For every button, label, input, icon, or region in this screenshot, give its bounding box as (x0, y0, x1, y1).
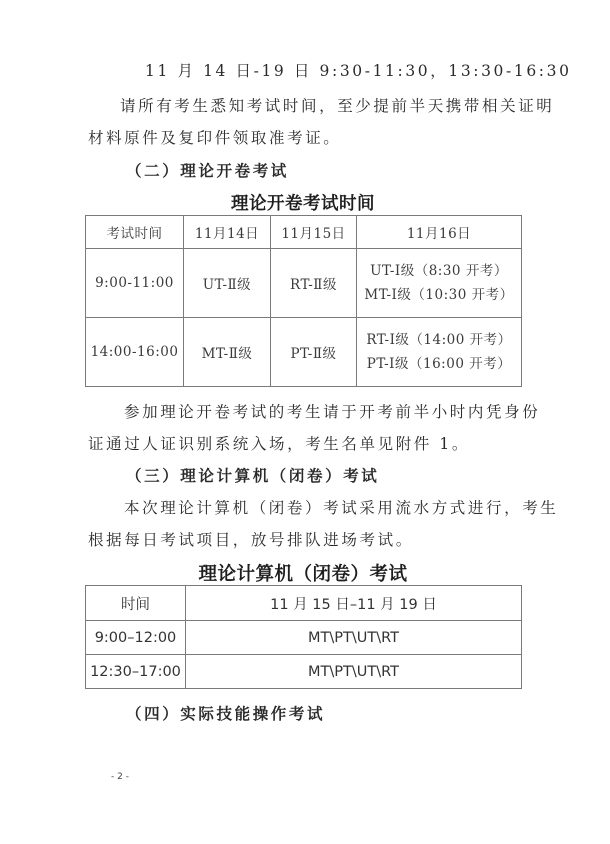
paragraph-line: 材料原件及复印件领取准考证。 (88, 126, 341, 148)
table-title-open-book: 理论开卷考试时间 (85, 190, 521, 215)
section-heading-4: （四）实际技能操作考试 (126, 702, 325, 724)
exam-cell: UT-Ⅱ级 (184, 249, 271, 318)
table-row: 14:00-16:00 MT-Ⅱ级 PT-Ⅱ级 RT-Ⅰ级（14:00 开考） … (86, 318, 522, 387)
paragraph-line: 请所有考生悉知考试时间，至少提前半天携带相关证明 (120, 94, 554, 116)
paragraph-line: 证通过人证识别系统入场，考生名单见附件 1。 (88, 432, 470, 454)
header-cell: 11月15日 (271, 216, 357, 249)
table-title-closed-book: 理论计算机（闭卷）考试 (85, 560, 521, 586)
table-row: 12:30–17:00 MT\PT\UT\RT (86, 655, 522, 689)
header-cell: 11月14日 (184, 216, 271, 249)
exam-entry: UT-Ⅰ级（8:30 开考） (357, 259, 521, 283)
exam-cell-multi: RT-Ⅰ级（14:00 开考） PT-Ⅰ级（16:00 开考） (357, 318, 522, 387)
open-book-schedule-table: 考试时间 11月14日 11月15日 11月16日 9:00-11:00 UT-… (85, 215, 522, 387)
header-cell: 时间 (86, 586, 186, 621)
table-header-row: 考试时间 11月14日 11月15日 11月16日 (86, 216, 522, 249)
time-cell: 9:00-11:00 (86, 249, 184, 318)
paragraph-line: 根据每日考试项目，放号排队进场考试。 (88, 528, 414, 550)
exam-cell: RT-Ⅱ级 (271, 249, 357, 318)
exam-entry: MT-Ⅰ级（10:30 开考） (357, 283, 521, 307)
table-header-row: 时间 11 月 15 日–11 月 19 日 (86, 586, 522, 621)
time-cell: 12:30–17:00 (86, 655, 186, 689)
exam-entry: PT-Ⅰ级（16:00 开考） (357, 352, 521, 376)
subjects-cell: MT\PT\UT\RT (186, 655, 522, 689)
time-cell: 9:00–12:00 (86, 621, 186, 655)
exam-dates-line: 11 月 14 日-19 日 9:30-11:30，13:30-16:30 (145, 59, 572, 81)
header-cell: 考试时间 (86, 216, 184, 249)
paragraph-line: 参加理论开卷考试的考生请于开考前半小时内凭身份 (124, 400, 540, 422)
exam-entry: RT-Ⅰ级（14:00 开考） (357, 328, 521, 352)
exam-cell: MT-Ⅱ级 (184, 318, 271, 387)
section-heading-3: （三）理论计算机（闭卷）考试 (126, 464, 379, 486)
header-cell: 11月16日 (357, 216, 522, 249)
table-row: 9:00–12:00 MT\PT\UT\RT (86, 621, 522, 655)
header-cell: 11 月 15 日–11 月 19 日 (186, 586, 522, 621)
closed-book-schedule-table: 时间 11 月 15 日–11 月 19 日 9:00–12:00 MT\PT\… (85, 585, 522, 689)
exam-cell: PT-Ⅱ级 (271, 318, 357, 387)
time-cell: 14:00-16:00 (86, 318, 184, 387)
paragraph-line: 本次理论计算机（闭卷）考试采用流水方式进行，考生 (124, 496, 558, 518)
table-row: 9:00-11:00 UT-Ⅱ级 RT-Ⅱ级 UT-Ⅰ级（8:30 开考） MT… (86, 249, 522, 318)
page-number: - 2 - (111, 772, 129, 782)
section-heading-2: （二）理论开卷考试 (126, 159, 289, 181)
exam-cell-multi: UT-Ⅰ级（8:30 开考） MT-Ⅰ级（10:30 开考） (357, 249, 522, 318)
subjects-cell: MT\PT\UT\RT (186, 621, 522, 655)
